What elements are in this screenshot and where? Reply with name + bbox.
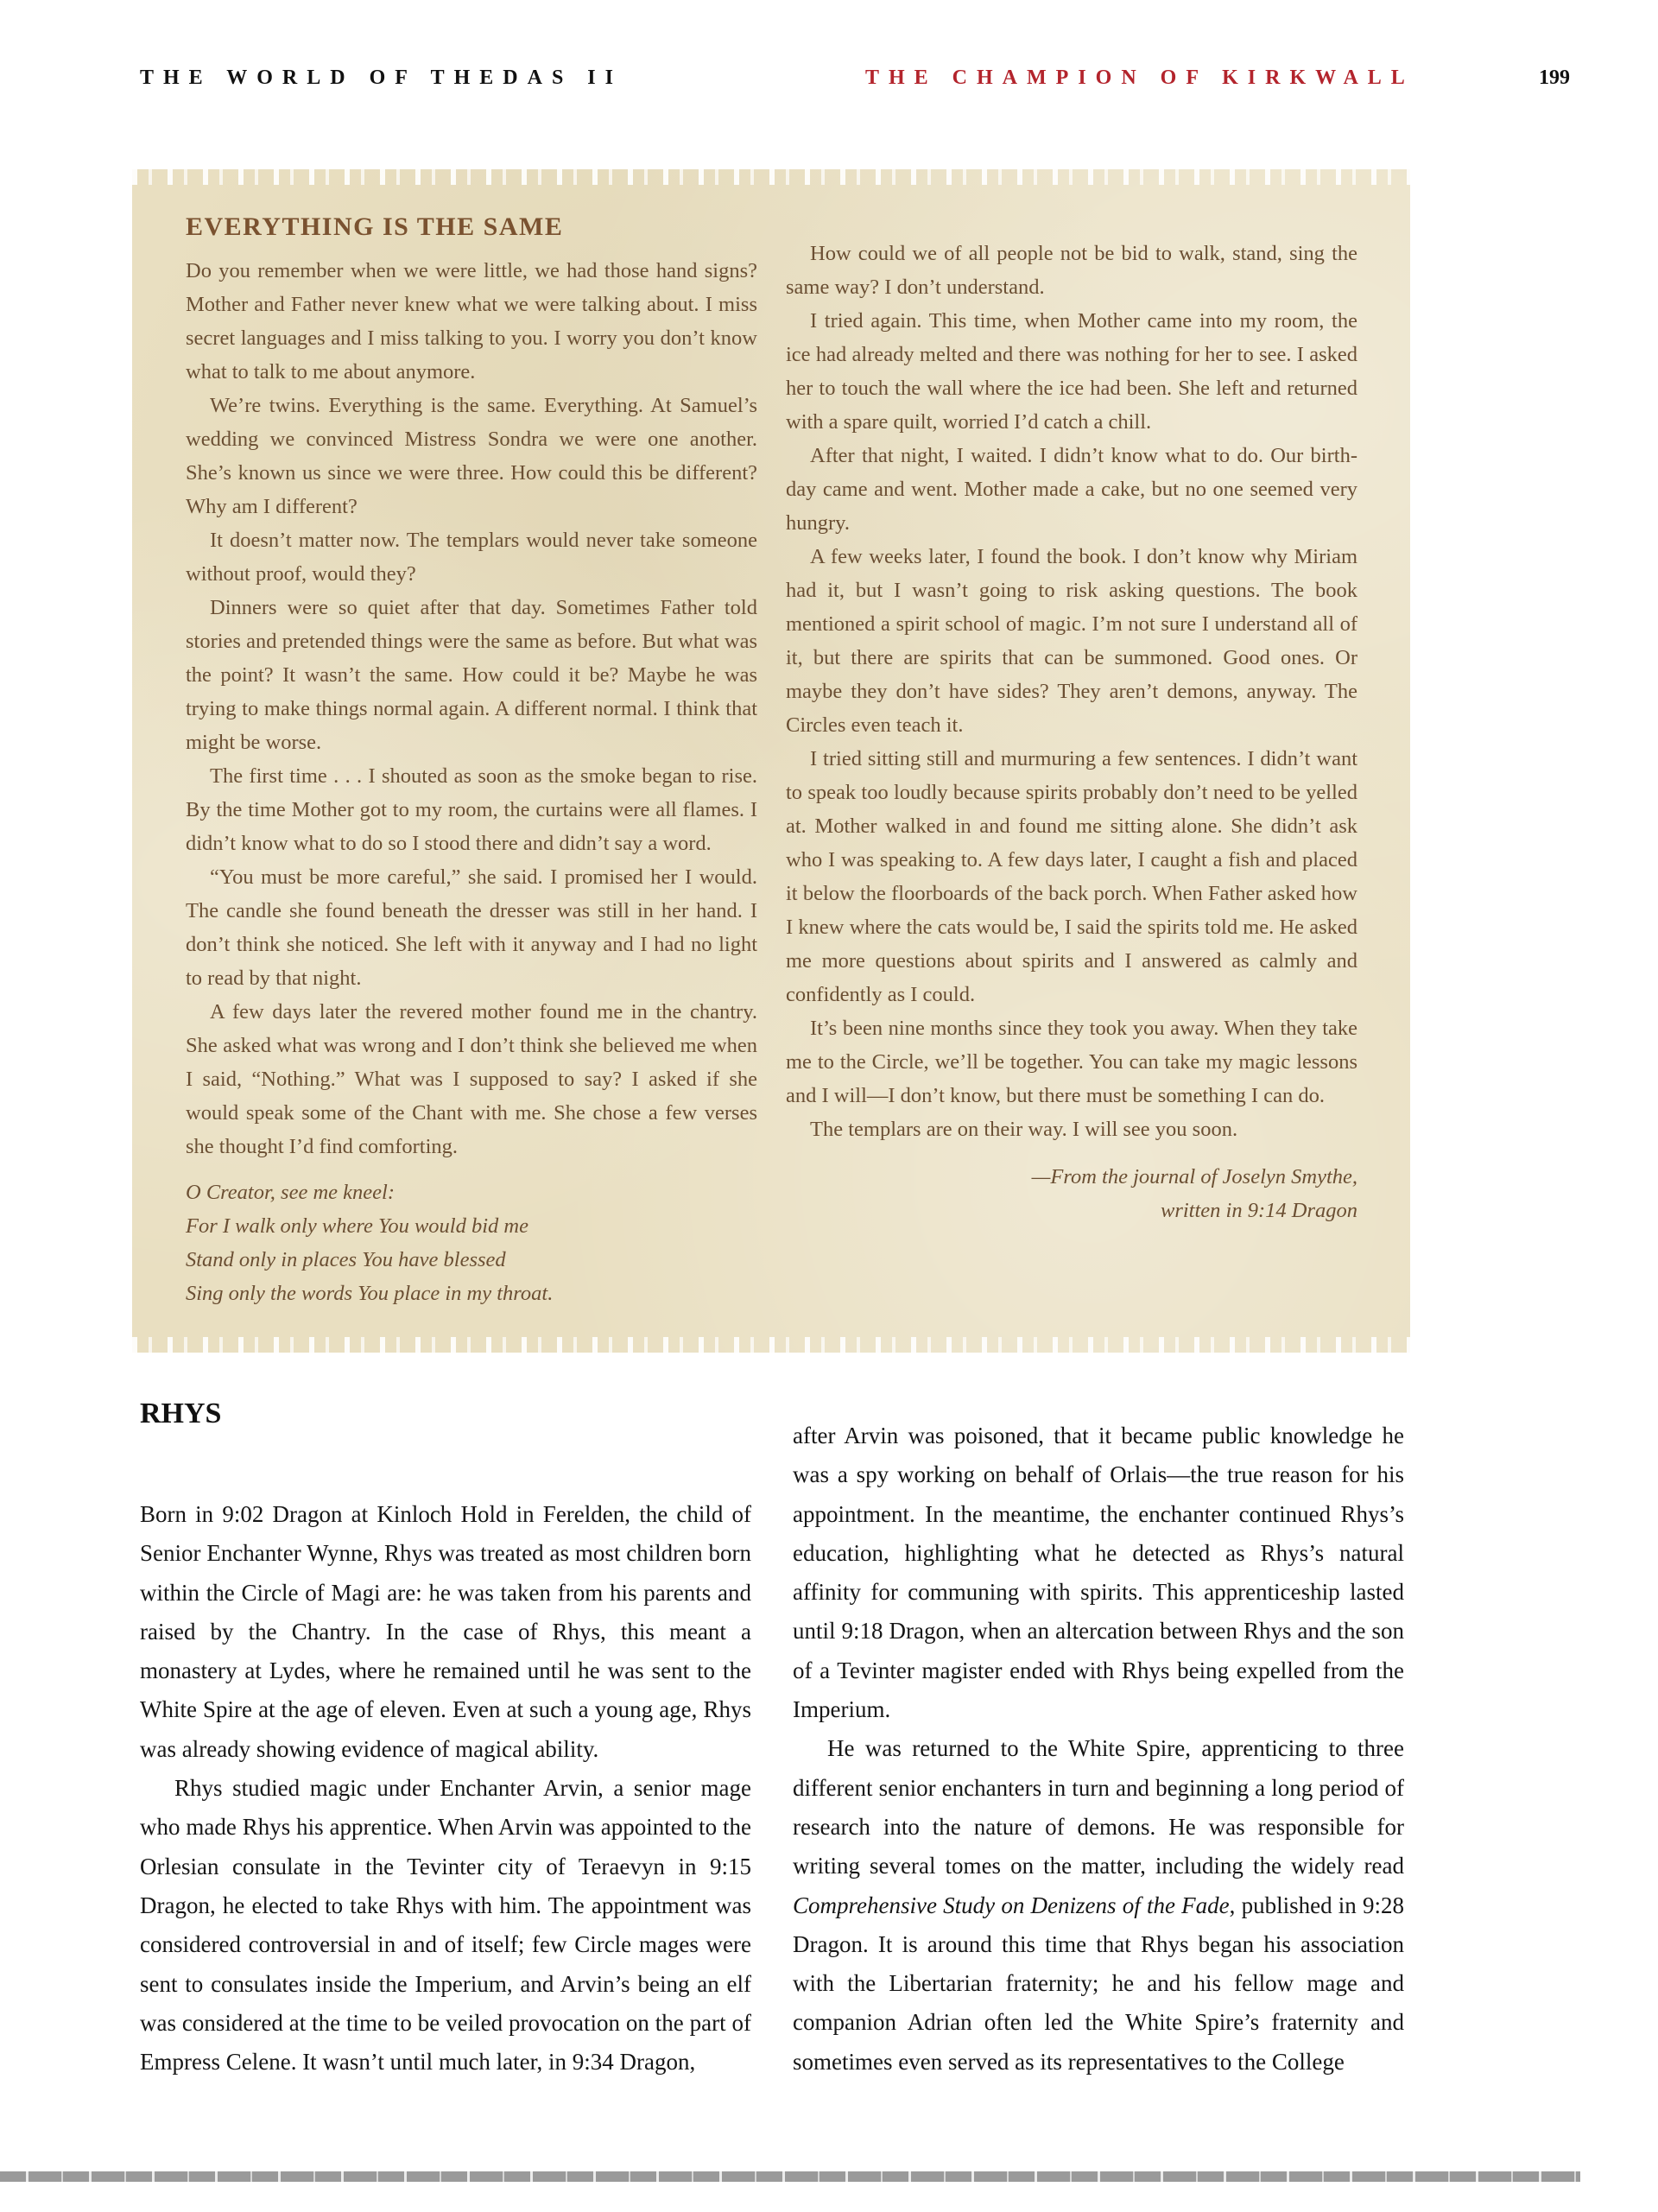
journal-attribution: —From the journal of Joselyn Smythe, wri… [786, 1160, 1357, 1227]
body-paragraph: after Arvin was poisoned, that it became… [793, 1417, 1404, 1729]
body-paragraph: Born in 9:02 Dragon at Kinloch Hold in F… [140, 1495, 751, 1769]
body-paragraph: He was returned to the White Spire, appr… [793, 1729, 1404, 2082]
verse-line: Sing only the words You place in my thro… [186, 1277, 757, 1310]
sidebar-right-column: How could we of all people not be bid to… [786, 237, 1357, 1227]
chant-verse: O Creator, see me kneel: For I walk only… [186, 1176, 757, 1310]
attribution-line: —From the journal of Joselyn Smythe, [786, 1160, 1357, 1194]
body-text: He was returned to the White Spire, appr… [793, 1735, 1404, 1879]
sidebar-paragraph: It doesn’t matter now. The templars woul… [186, 523, 757, 591]
body-left-column: Born in 9:02 Dragon at Kinloch Hold in F… [140, 1495, 751, 2082]
verse-line: O Creator, see me kneel: [186, 1176, 757, 1209]
sidebar-paragraph: After that night, I waited. I didn’t kno… [786, 439, 1357, 540]
sidebar-paragraph: A few days later the revered mother foun… [186, 995, 757, 1163]
verse-line: For I walk only where You would bid me [186, 1209, 757, 1243]
body-text: , published in 9:28 Dragon. It is around… [793, 1892, 1404, 2075]
page-number: 199 [1539, 66, 1570, 90]
sidebar-paragraph: How could we of all people not be bid to… [786, 237, 1357, 304]
sidebar-paragraph: The first time . . . I shouted as soon a… [186, 759, 757, 860]
body-right-column: after Arvin was poisoned, that it became… [793, 1417, 1404, 2082]
sidebar-paragraph: I tried again. This time, when Mother ca… [786, 304, 1357, 439]
sidebar-paragraph: Do you remember when we were little, we … [186, 254, 757, 389]
section-heading-rhys: RHYS [140, 1398, 221, 1430]
attribution-line: written in 9:14 Dragon [786, 1194, 1357, 1227]
sidebar-paragraph: We’re twins. Everything is the same. Eve… [186, 389, 757, 523]
sidebar-title: EVERYTHING IS THE SAME [186, 212, 563, 242]
sidebar-paragraph: The templars are on their way. I will se… [786, 1112, 1357, 1146]
running-head-book-title: THE WORLD OF THEDAS II [140, 66, 623, 90]
running-head-chapter-title: THE CHAMPION OF KIRKWALL [865, 66, 1414, 90]
sidebar-paragraph: Dinners were so quiet after that day. So… [186, 591, 757, 759]
sidebar-paragraph: It’s been nine months since they took yo… [786, 1011, 1357, 1112]
footer-decorative-bar [0, 2171, 1580, 2182]
sidebar-paragraph: “You must be more careful,” she said. I … [186, 860, 757, 995]
body-paragraph: Rhys studied magic under Enchanter Arvin… [140, 1769, 751, 2082]
sidebar-paragraph: A few weeks later, I found the book. I d… [786, 540, 1357, 742]
sidebar-paragraph: I tried sitting still and murmuring a fe… [786, 742, 1357, 1011]
journal-sidebar-box: EVERYTHING IS THE SAME Do you remember w… [132, 169, 1410, 1353]
book-title-citation: Comprehensive Study on Denizens of the F… [793, 1892, 1230, 1918]
sidebar-left-column: Do you remember when we were little, we … [186, 254, 757, 1310]
verse-line: Stand only in places You have blessed [186, 1243, 757, 1277]
